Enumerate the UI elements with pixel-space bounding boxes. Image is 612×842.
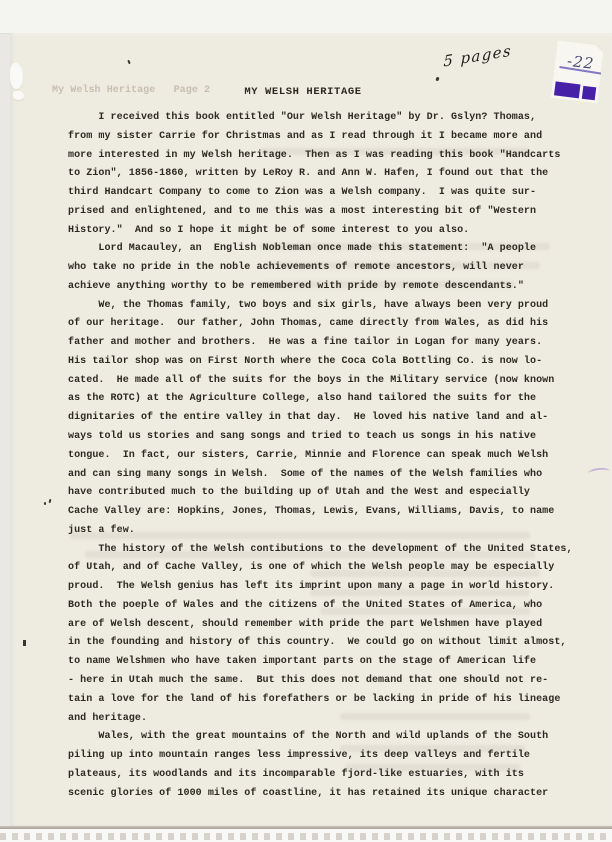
- text-line: prised and enlightened, and to me this w…: [68, 203, 578, 222]
- ink-speck: [44, 502, 46, 505]
- perforated-edge: [0, 829, 612, 842]
- text-line: and heritage.: [68, 710, 578, 729]
- document-body: I received this book entitled "Our Welsh…: [68, 109, 578, 803]
- text-line: proud. The Welsh genius has left its imp…: [68, 578, 578, 597]
- text-line: have contributed much to the building up…: [68, 484, 578, 503]
- text-line: We, the Thomas family, two boys and six …: [68, 297, 578, 316]
- ink-speck: [127, 60, 131, 64]
- paper-chip: [13, 91, 24, 100]
- text-line: of our heritage. Our father, John Thomas…: [68, 315, 578, 334]
- ink-speck: [49, 499, 52, 503]
- text-line: ways told us stories and sang songs and …: [68, 428, 578, 447]
- text-line: cated. He made all of the suits for the …: [68, 372, 578, 391]
- text-line: scenic glories of 1000 miles of coastlin…: [68, 785, 578, 804]
- text-line: Cache Valley are: Hopkins, Jones, Thomas…: [68, 503, 578, 522]
- text-line: more interested in my Welsh heritage. Th…: [68, 147, 578, 166]
- text-line: in the founding and history of this coun…: [68, 634, 578, 653]
- text-line: History." And so I hope it might be of s…: [68, 222, 578, 241]
- sticker-purple-block-left: [554, 81, 581, 98]
- text-line: of Utah, and of Cache Valley, is one of …: [68, 559, 578, 578]
- text-line: achieve anything worthy to be remembered…: [68, 278, 578, 297]
- archive-sticker: -22: [551, 40, 605, 103]
- text-line: His tailor shop was on First North where…: [68, 353, 578, 372]
- text-line: just a few.: [68, 522, 578, 541]
- pencil-check-mark: [588, 467, 611, 478]
- document-page: My Welsh Heritage Page 2 MY WELSH HERITA…: [10, 33, 612, 826]
- text-line: to name Welshmen who have taken importan…: [68, 653, 578, 672]
- text-line: I received this book entitled "Our Welsh…: [68, 109, 578, 128]
- text-line: from my sister Carrie for Christmas and …: [68, 128, 578, 147]
- paper-chip: [10, 63, 23, 89]
- text-line: to Zion", 1856-1860, written by LeRoy R.…: [68, 165, 578, 184]
- text-line: Both the poeple of Wales and the citizen…: [68, 597, 578, 616]
- ink-speck: [435, 77, 439, 82]
- sticker-purple-block-right: [582, 86, 596, 100]
- text-line: Wales, with the great mountains of the N…: [68, 728, 578, 747]
- text-line: and can sing many songs in Welsh. Some o…: [68, 466, 578, 485]
- text-line: third Handcart Company to come to Zion w…: [68, 184, 578, 203]
- text-line: dignitaries of the entire valley in that…: [68, 409, 578, 428]
- text-line: as the ROTC) at the Agriculture College,…: [68, 390, 578, 409]
- text-line: are of Welsh descent, should remember wi…: [68, 616, 578, 635]
- scanner-top-band: [0, 0, 612, 34]
- ink-speck: [23, 640, 26, 646]
- text-line: The history of the Welsh contibutions to…: [68, 541, 578, 560]
- handwritten-page-count: 5 pages: [443, 41, 512, 70]
- text-line: who take no pride in the noble achieveme…: [68, 259, 578, 278]
- text-line: - here in Utah much the same. But this d…: [68, 672, 578, 691]
- document-title: MY WELSH HERITAGE: [68, 86, 538, 98]
- scanned-document: { "page": { "ghost_header": "My Welsh He…: [0, 0, 612, 842]
- text-line: tain a love for the land of his forefath…: [68, 691, 578, 710]
- text-line: father and mother and brothers. He was a…: [68, 334, 578, 353]
- text-line: plateaus, its woodlands and its incompar…: [68, 766, 578, 785]
- text-line: Lord Macauley, an English Nobleman once …: [68, 240, 578, 259]
- text-line: tongue. In fact, our sisters, Carrie, Mi…: [68, 447, 578, 466]
- text-line: piling up into mountain ranges less impr…: [68, 747, 578, 766]
